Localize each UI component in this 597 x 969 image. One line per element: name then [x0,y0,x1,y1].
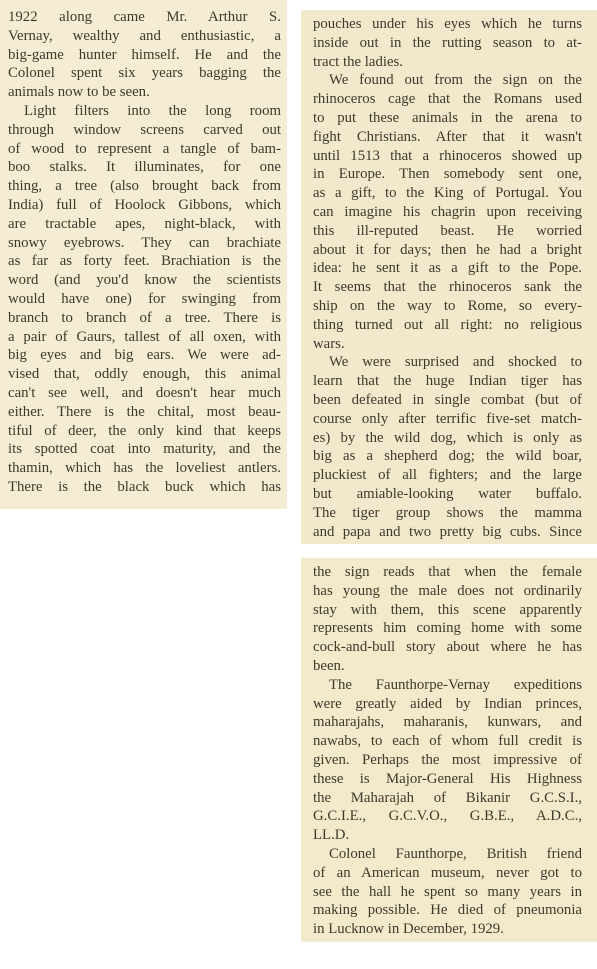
text-line: given. Perhaps the most impressive of [313,751,582,770]
text-line: wars. [313,335,582,354]
text-line: 1922 along came Mr. Arthur S. [8,8,281,27]
text-line: Vernay, wealthy and enthusiastic, a [8,27,281,46]
text-line: We found out from the sign on the [313,71,582,90]
paragraph: Colonel Faunthorpe, British friendof an … [313,845,582,939]
text-line: big as a shepherd dog; the wild boar, [313,447,582,466]
text-line: course only after terrific five-set matc… [313,410,582,429]
text-line: maharajahs, maharanis, kunwars, and [313,713,582,732]
paragraph: We were surprised and shocked tolearn th… [313,353,582,541]
text-line: Colonel spent six years bagging the [8,64,281,83]
scan-block-left-lower: 1922 along came Mr. Arthur S.Vernay, wea… [0,0,287,509]
paragraph: pouches under his eyes which he turnsins… [313,15,582,71]
text-line: are tractable apes, night-black, with [8,215,281,234]
paragraph: 1922 along came Mr. Arthur S.Vernay, wea… [8,8,281,102]
text-line: of an American museum, never got to [313,864,582,883]
text-line: but amiable-looking water buffalo. [313,485,582,504]
text-line: represents him coming home with some [313,619,582,638]
text-line: tiful of deer, the only kind that keeps [8,422,281,441]
text-line: cock-and-bull story about where he has [313,638,582,657]
text-line: big-game hunter himself. He and the [8,46,281,65]
text-line: The Faunthorpe-Vernay expeditions [313,676,582,695]
text-line: pluckiest of all fighters; and the large [313,466,582,485]
scanned-magazine-page: Animals from Asia THE Sambar stag bayed … [0,0,597,969]
text-line: and papa and two pretty big cubs. Since [313,523,582,542]
text-line: making possible. He died of pneumonia [313,901,582,920]
text-line: can imagine his chagrin upon receiving [313,203,582,222]
text-line: of wood to represent a tangle of bam- [8,140,281,159]
scan-block-right-upper: pouches under his eyes which he turnsins… [301,10,597,544]
text-line: the sign reads that when the female [313,563,582,582]
text-line: big eyes and big ears. We were ad- [8,346,281,365]
text-line: fight Christians. After that it wasn't [313,128,582,147]
text-line: through window screens carved out [8,121,281,140]
paragraph: Light filters into the long roomthrough … [8,102,281,497]
text-line: stay with them, this scene apparently [313,601,582,620]
text-line: vised that, oddly enough, this animal [8,365,281,384]
text-line: inside out in the rutting season to at- [313,34,582,53]
text-column-right-lower: the sign reads that when the femalehas y… [313,563,582,939]
text-line: boo stalks. It illuminates, for one [8,158,281,177]
text-column-right-upper: pouches under his eyes which he turnsins… [313,15,582,541]
text-line: snowy eyebrows. They can brachiate [8,234,281,253]
paragraph: We found out from the sign on therhinoce… [313,71,582,353]
text-line: Light filters into the long room [8,102,281,121]
text-line: a pair of Gaurs, tallest of all oxen, wi… [8,328,281,347]
text-line: been defeated in single combat (but of [313,391,582,410]
text-line: this ill-reputed beast. He worried [313,222,582,241]
text-line: LL.D. [313,826,582,845]
text-line: India) full of Hoolock Gibbons, which [8,196,281,215]
text-line: as a gift, to the King of Portugal. You [313,184,582,203]
text-line: branch to branch of a tree. There is [8,309,281,328]
text-line: to put these animals in the arena to [313,109,582,128]
text-line: nawabs, to each of whom full credit is [313,732,582,751]
text-line: thamin, which has the loveliest antlers. [8,459,281,478]
text-line: until 1513 that a rhinoceros showed up [313,147,582,166]
text-line: either. There is the chital, most beau- [8,403,281,422]
text-line: been. [313,657,582,676]
text-line: tract the ladies. [313,53,582,72]
paragraph: the sign reads that when the femalehas y… [313,563,582,676]
text-line: its spotted coat into maturity, and the [8,440,281,459]
text-line: We were surprised and shocked to [313,353,582,372]
text-line: as far as forty feet. Brachiation is the [8,252,281,271]
text-line: in Lucknow in December, 1929. [313,920,582,939]
text-line: word (and you'd know the scientists [8,271,281,290]
text-line: It seems that the rhinoceros sank the [313,278,582,297]
text-line: Colonel Faunthorpe, British friend [313,845,582,864]
text-line: rhinoceros cage that the Romans used [313,90,582,109]
text-line: ship on the way to Rome, so every- [313,297,582,316]
text-line: pouches under his eyes which he turns [313,15,582,34]
text-line: in Europe. Then somebody sent one, [313,165,582,184]
text-line: has young the male does not ordinarily [313,582,582,601]
text-line: see the hall he spent so many years in [313,883,582,902]
text-line: animals now to be seen. [8,83,281,102]
text-line: G.C.I.E., G.C.V.O., G.B.E., A.D.C., [313,807,582,826]
text-line: these is Major-General His Highness [313,770,582,789]
text-line: learn that the huge Indian tiger has [313,372,582,391]
text-line: thing, a tree (also brought back from [8,177,281,196]
text-line: would have one) for swinging from [8,290,281,309]
text-line: can't see well, and doesn't hear much [8,384,281,403]
text-line: There is the black buck which has [8,478,281,497]
text-line: about it for days; then he had a bright [313,241,582,260]
scan-block-right-lower: the sign reads that when the femalehas y… [301,558,597,942]
text-line: were greatly aided by Indian princes, [313,695,582,714]
paragraph: The Faunthorpe-Vernay expeditionswere gr… [313,676,582,845]
text-column-left-lower: 1922 along came Mr. Arthur S.Vernay, wea… [8,8,281,497]
text-line: es) by the wild dog, which is only as [313,429,582,448]
text-line: thing turned out all right: no religious [313,316,582,335]
text-line: the Maharajah of Bikanir G.C.S.I., [313,789,582,808]
text-line: idea: he sent it as a gift to the Pope. [313,259,582,278]
text-line: The tiger group shows the mamma [313,504,582,523]
